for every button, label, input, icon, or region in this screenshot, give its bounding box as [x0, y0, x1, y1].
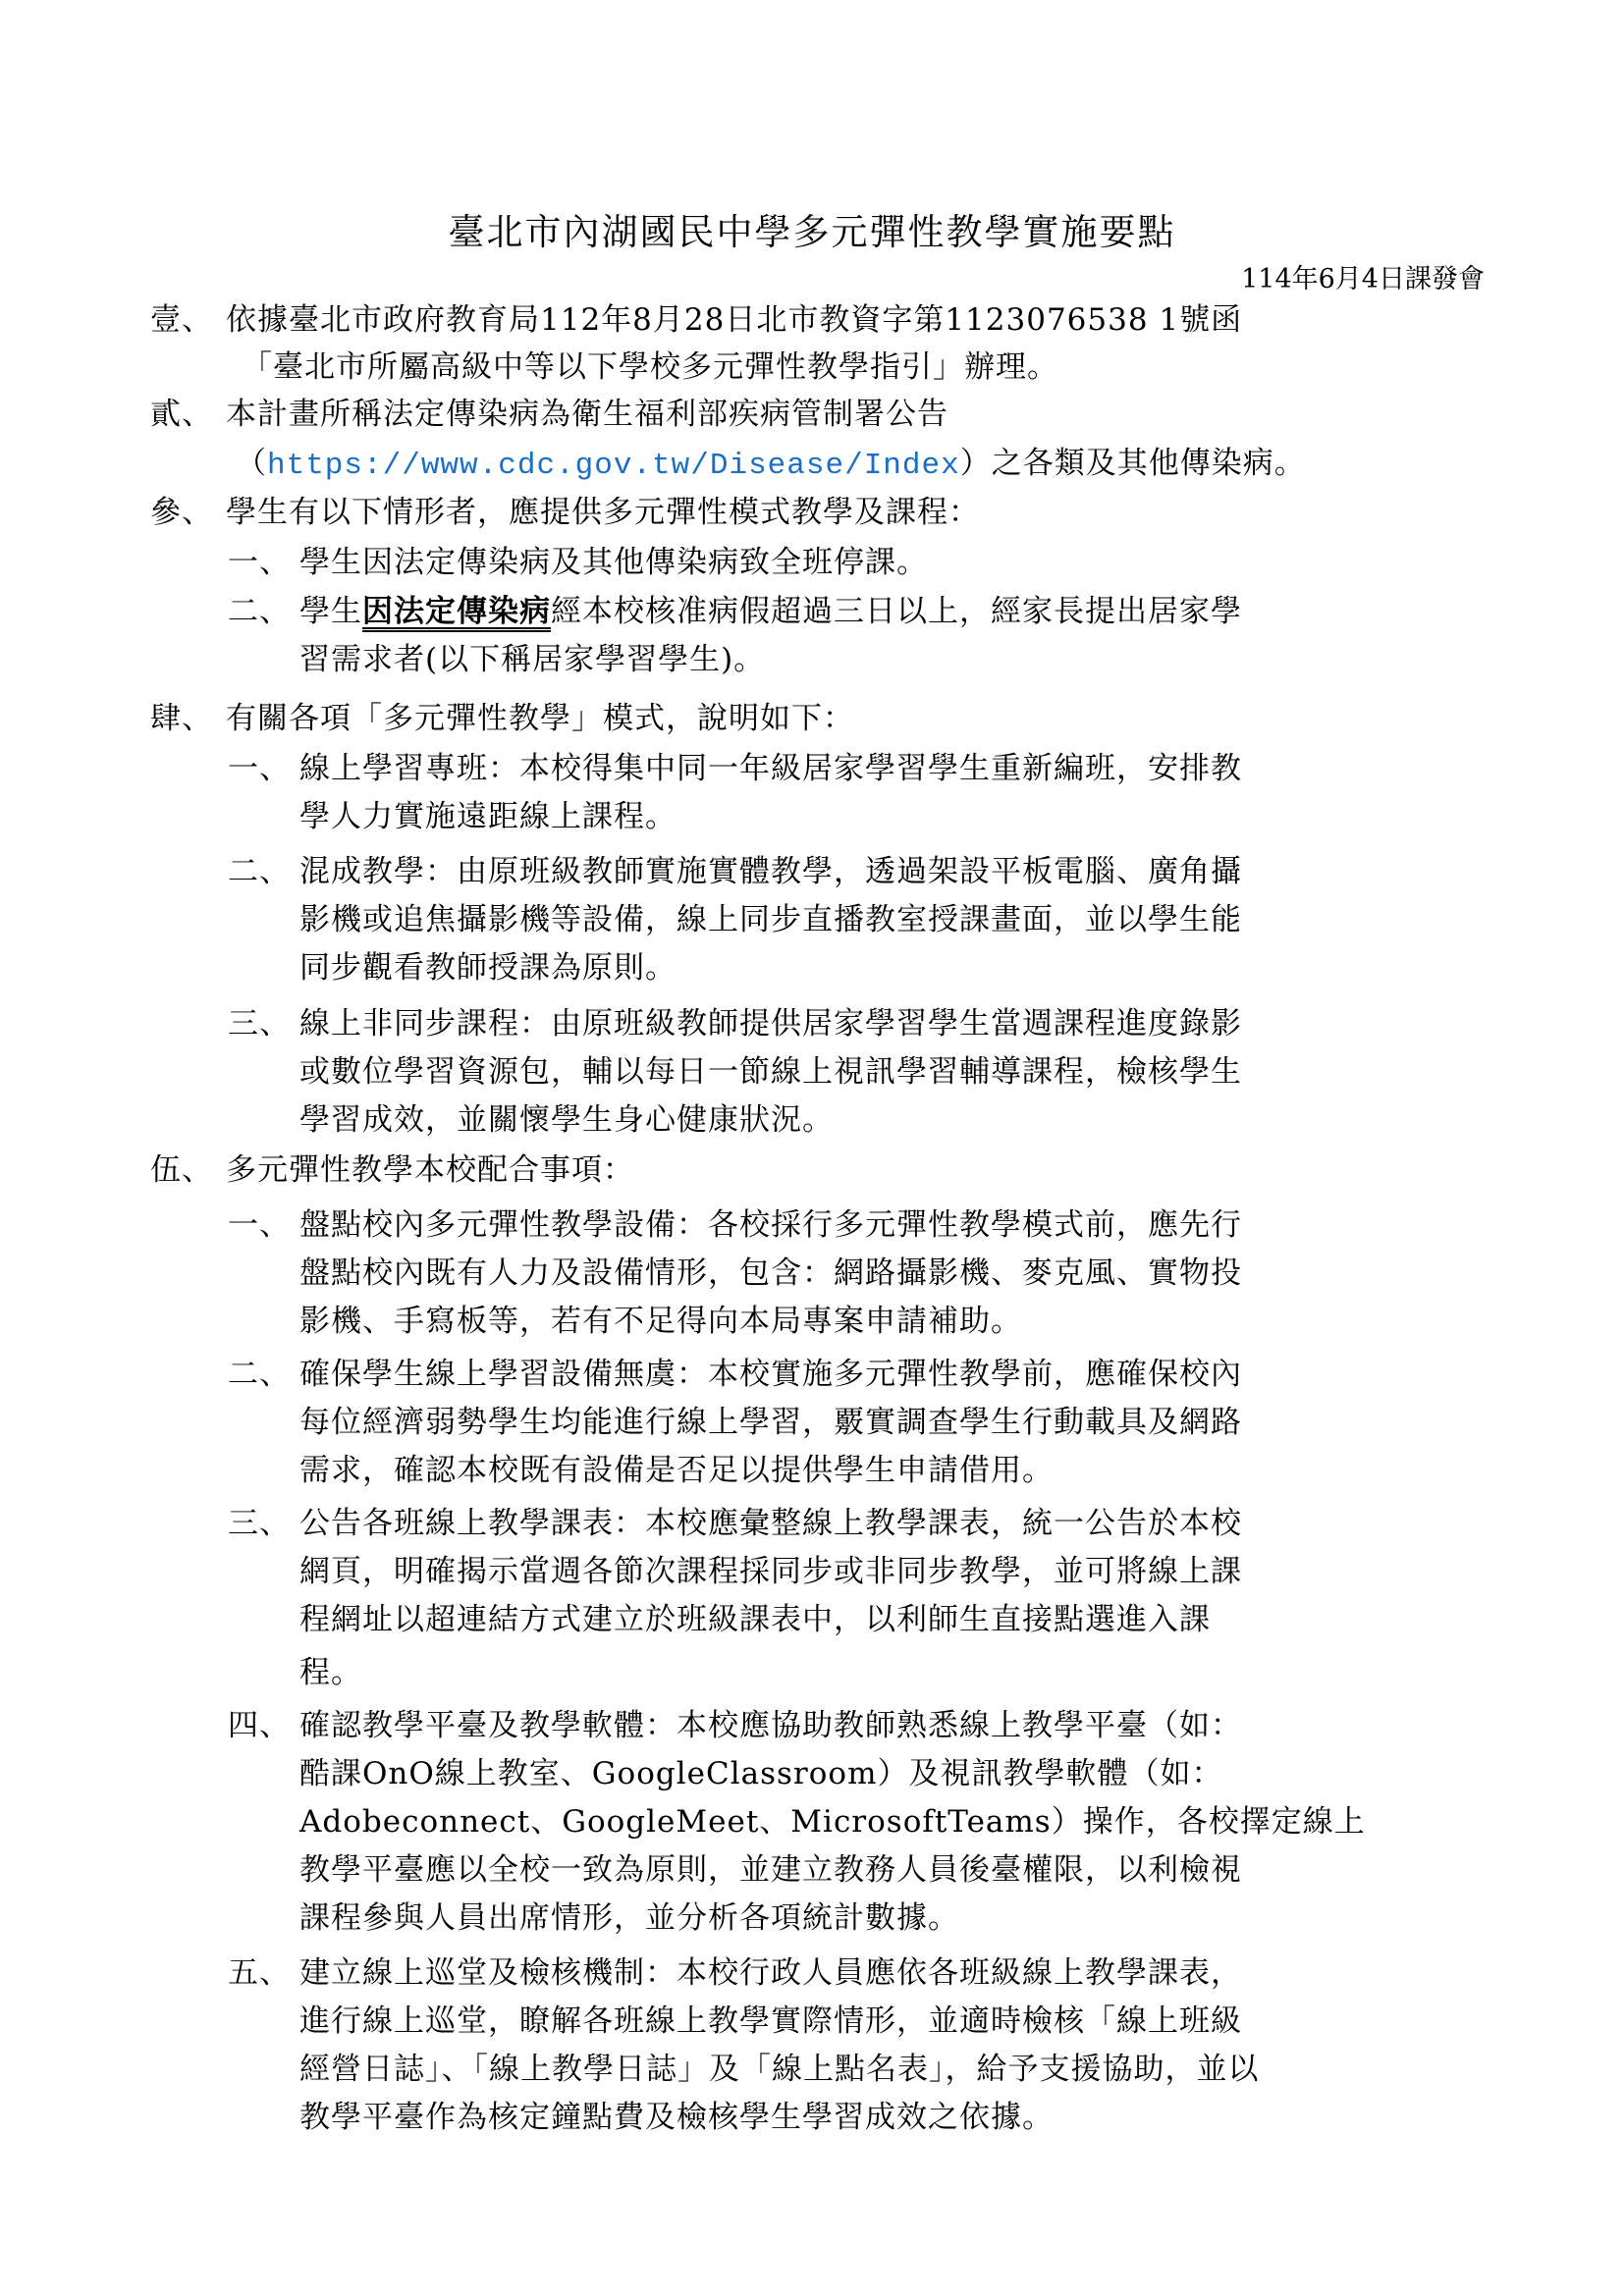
item-continuation: 經營日誌」、「線上教學日誌」及「線上點名表」，給予支援協助，並以	[299, 2050, 1260, 2089]
item-label: 二、	[228, 852, 299, 891]
item-continuation: 每位經濟弱勢學生均能進行線上學習，覈實調查學生行動載具及網路	[299, 1403, 1242, 1442]
section-2-line-2: （https://www.cdc.gov.tw/Disease/Index）之各…	[236, 444, 1306, 486]
item-label: 二、	[228, 592, 299, 631]
item-continuation: 教學平臺作為核定鐘點費及檢核學生學習成效之依據。	[299, 2098, 1054, 2137]
section-3-item-2-line-2: 習需求者(以下稱居家學習學生)。	[299, 640, 765, 679]
item-label: 四、	[228, 1706, 299, 1745]
section-4-item-2: 二、混成教學：由原班級教師實施實體教學，透過架設平板電腦、廣角攝	[228, 852, 1242, 891]
section-5-line-1: 伍、多元彈性教學本校配合事項：	[150, 1150, 634, 1190]
item-continuation: 影機、手寫板等，若有不足得向本局專案申請補助。	[299, 1302, 1022, 1341]
section-5-item-3: 三、公告各班線上教學課表：本校應彙整線上教學課表，統一公告於本校	[228, 1504, 1242, 1543]
item-continuation: 或數位學習資源包，輔以每日一節線上視訊學習輔導課程，檢核學生	[299, 1052, 1242, 1092]
section-label: 伍、	[150, 1150, 226, 1190]
item-continuation: 學習成效，並關懷學生身心健康狀況。	[299, 1100, 834, 1140]
item-text: 確保學生線上學習設備無虞：本校實施多元彈性教學前，應確保校內	[299, 1357, 1242, 1392]
item-label: 五、	[228, 1953, 299, 1993]
emphasized-text: 因法定傳染病	[362, 594, 551, 629]
item-label: 三、	[228, 1504, 299, 1543]
item-text: 建立線上巡堂及檢核機制：本校行政人員應依各班級線上教學課表，	[299, 1955, 1242, 1991]
item-text: 盤點校內多元彈性教學設備：各校採行多元彈性教學模式前，應先行	[299, 1207, 1242, 1243]
section-label: 參、	[150, 493, 226, 532]
section-4-item-1: 一、線上學習專班：本校得集中同一年級居家學習學生重新編班，安排教	[228, 749, 1242, 788]
item-continuation: 進行線上巡堂，瞭解各班線上教學實際情形，並適時檢核「線上班級	[299, 2002, 1242, 2041]
item-continuation: 影機或追焦攝影機等設備，線上同步直播教室授課畫面，並以學生能	[299, 900, 1242, 939]
section-1-line-2: 「臺北市所屬高級中等以下學校多元彈性教學指引」辦理。	[242, 347, 1058, 387]
section-5-item-2: 二、確保學生線上學習設備無虞：本校實施多元彈性教學前，應確保校內	[228, 1355, 1242, 1394]
item-continuation: 盤點校內既有人力及設備情形，包含：網路攝影機、麥克風、實物投	[299, 1254, 1242, 1293]
document-title: 臺北市內湖國民中學多元彈性教學實施要點	[0, 202, 1624, 255]
item-continuation: 教學平臺應以全校一致為原則，並建立教務人員後臺權限，以利檢視	[299, 1850, 1242, 1890]
section-4-item-3: 三、線上非同步課程：由原班級教師提供居家學習學生當週課程進度錄影	[228, 1004, 1242, 1043]
item-continuation: 程網址以超連結方式建立於班級課表中，以利師生直接點選進入課	[299, 1600, 1211, 1639]
item-continuation: 酷課OnO線上教室、GoogleClassroom）及視訊教學軟體（如：	[299, 1754, 1222, 1793]
item-continuation: 課程參與人員出席情形，並分析各項統計數據。	[299, 1898, 959, 1938]
item-label: 二、	[228, 1355, 299, 1394]
section-text: 依據臺北市政府教育局112年8月28日北市教資字第1123076538 1號函	[226, 302, 1242, 338]
item-text: 混成教學：由原班級教師實施實體教學，透過架設平板電腦、廣角攝	[299, 854, 1242, 889]
meeting-date-note: 114年6月4日課發會	[1241, 257, 1485, 295]
item-continuation: 網頁，明確揭示當週各節次課程採同步或非同步教學，並可將線上課	[299, 1552, 1242, 1591]
item-continuation: 學人力實施遠距線上課程。	[299, 797, 677, 836]
section-5-item-1: 一、盤點校內多元彈性教學設備：各校採行多元彈性教學模式前，應先行	[228, 1205, 1242, 1245]
item-text-prefix: 學生	[299, 594, 362, 629]
section-1-line-1: 壹、依據臺北市政府教育局112年8月28日北市教資字第1123076538 1號…	[150, 300, 1242, 340]
item-text: 線上非同步課程：由原班級教師提供居家學習學生當週課程進度錄影	[299, 1006, 1242, 1041]
item-text-suffix: 經本校核准病假超過三日以上，經家長提出居家學	[551, 594, 1242, 629]
item-text: 線上學習專班：本校得集中同一年級居家學習學生重新編班，安排教	[299, 751, 1242, 786]
item-text: 公告各班線上教學課表：本校應彙整線上教學課表，統一公告於本校	[299, 1506, 1242, 1541]
item-label: 一、	[228, 749, 299, 788]
item-continuation: Adobeconnect、GoogleMeet、MicrosoftTeams）操…	[299, 1802, 1366, 1842]
section-text: 多元彈性教學本校配合事項：	[226, 1152, 634, 1188]
item-label: 三、	[228, 1004, 299, 1043]
item-text: 學生因法定傳染病及其他傳染病致全班停課。	[299, 545, 928, 580]
section-label: 壹、	[150, 300, 226, 340]
section-3-item-1: 一、學生因法定傳染病及其他傳染病致全班停課。	[228, 543, 928, 582]
section-3-item-2: 二、學生因法定傳染病經本校核准病假超過三日以上，經家長提出居家學	[228, 592, 1242, 631]
section-3-line-1: 參、學生有以下情形者，應提供多元彈性模式教學及課程：	[150, 493, 980, 532]
section-text: 有關各項「多元彈性教學」模式，說明如下：	[226, 701, 854, 736]
section-5-item-4: 四、確認教學平臺及教學軟體：本校應協助教師熟悉線上教學平臺（如：	[228, 1706, 1242, 1745]
section-label: 貳、	[150, 395, 226, 434]
section-5-item-5: 五、建立線上巡堂及檢核機制：本校行政人員應依各班級線上教學課表，	[228, 1953, 1242, 1993]
document-page: 臺北市內湖國民中學多元彈性教學實施要點 114年6月4日課發會 壹、依據臺北市政…	[0, 0, 1624, 2296]
section-label: 肆、	[150, 699, 226, 738]
item-continuation: 需求，確認本校既有設備是否足以提供學生申請借用。	[299, 1451, 1054, 1490]
paren-open: （	[236, 446, 267, 481]
section-2-line-1: 貳、本計畫所稱法定傳染病為衛生福利部疾病管制署公告	[150, 395, 948, 434]
section-text: 之各類及其他傳染病。	[992, 446, 1306, 481]
item-text: 確認教學平臺及教學軟體：本校應協助教師熟悉線上教學平臺（如：	[299, 1708, 1242, 1743]
item-label: 一、	[228, 543, 299, 582]
paren-close: ）	[960, 446, 992, 481]
item-continuation: 同步觀看教師授課為原則。	[299, 948, 677, 988]
item-continuation: 程。	[299, 1653, 362, 1692]
section-text: 本計畫所稱法定傳染病為衛生福利部疾病管制署公告	[226, 397, 948, 432]
section-text: 學生有以下情形者，應提供多元彈性模式教學及課程：	[226, 495, 980, 530]
item-label: 一、	[228, 1205, 299, 1245]
section-4-line-1: 肆、有關各項「多元彈性教學」模式，說明如下：	[150, 699, 854, 738]
cdc-disease-link[interactable]: https://www.cdc.gov.tw/Disease/Index	[267, 449, 960, 483]
